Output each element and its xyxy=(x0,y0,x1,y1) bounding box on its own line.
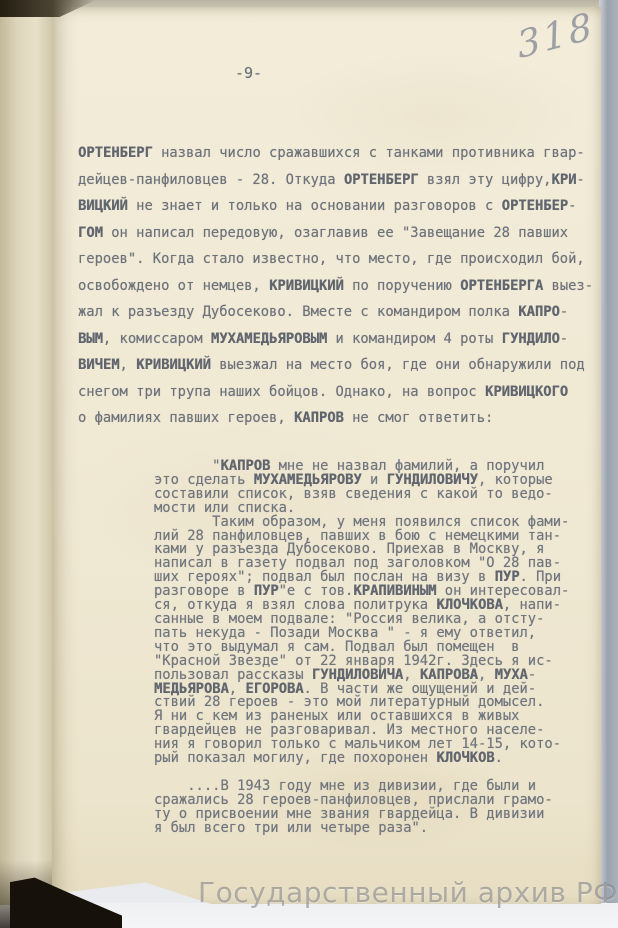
quotation-block: "КАПРОВ мне не назвал фамилий, а поручил… xyxy=(154,460,599,835)
overstruck-name: ОРТЕНБЕРГА xyxy=(460,278,543,294)
overstruck-name: КАПРО xyxy=(518,304,560,320)
typed-line: жал к разъезду Дубосеково. Вместе с кома… xyxy=(78,299,608,326)
overstruck-name: ОРТЕНБЕРГ xyxy=(344,172,419,188)
overstruck-name: МУХАМЕДЬЯРОВЫМ xyxy=(211,331,327,347)
overstruck-name: КРИВИЦКИЙ xyxy=(269,278,344,294)
overstruck-name: КРИ xyxy=(551,172,576,188)
overstruck-name: ГОМ xyxy=(78,225,103,241)
overstruck-name: ВИЦКИЙ xyxy=(78,198,128,214)
overstruck-name: КРИВИЦКИЙ xyxy=(136,357,211,373)
overstruck-name: ВЫМ xyxy=(78,331,103,347)
overstruck-name: ОРТЕНБЕР xyxy=(502,198,568,214)
typed-line: освобождено от немцев, КРИВИЦКИЙ по пору… xyxy=(78,273,608,300)
stacked-page-edges xyxy=(0,0,58,905)
typed-line: рый показал могилу, где похоронен КЛОЧКО… xyxy=(154,752,599,766)
typed-line: о фамилиях павших героев, КАПРОВ не смог… xyxy=(78,405,608,432)
typed-page-number-header: -9- xyxy=(235,64,262,82)
typed-line: ВИЧЕМ, КРИВИЦКИЙ выезжал на место боя, г… xyxy=(78,352,608,379)
typed-line: снегом три трупа наших бойцов. Однако, н… xyxy=(78,379,608,406)
typed-line: я был всего три или четыре раза". xyxy=(154,822,599,836)
typed-line: ОРТЕНБЕРГ назвал число сражавшихся с тан… xyxy=(78,140,608,167)
typed-line: героев". Когда стало известно, что место… xyxy=(78,246,608,273)
overstruck-name: КРИВИЦКОГО xyxy=(485,384,568,400)
main-paragraph: ОРТЕНБЕРГ назвал число сражавшихся с тан… xyxy=(78,140,608,432)
overstruck-name: ГУНДИЛО xyxy=(502,331,560,347)
typed-line: ГОМ он написал передовую, озаглавив ее "… xyxy=(78,220,608,247)
overstruck-name: КАПРОВ xyxy=(294,410,344,426)
overstruck-name: КЛОЧКОВ xyxy=(436,750,494,766)
typed-line: ВИЦКИЙ не знает и только на основании ра… xyxy=(78,193,608,220)
overstruck-name: ОРТЕНБЕРГ xyxy=(78,145,153,161)
overstruck-name: ВИЧЕМ xyxy=(78,357,120,373)
archive-scan: 318 -9- ОРТЕНБЕРГ назвал число сражавших… xyxy=(0,0,618,928)
typed-line: дейцев-панфиловцев - 28. Откуда ОРТЕНБЕР… xyxy=(78,167,608,194)
archive-watermark: Государственный архив РФ xyxy=(198,876,618,909)
typed-line: ВЫМ, комиссаром МУХАМЕДЬЯРОВЫМ и команди… xyxy=(78,326,608,353)
